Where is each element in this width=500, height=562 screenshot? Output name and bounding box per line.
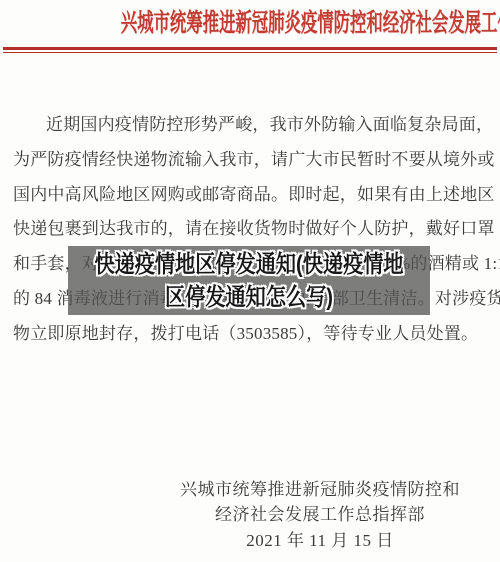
signature-block: 兴城市统筹推进新冠肺炎疫情防控和 经济社会发展工作总指挥部 2021 年 11 …: [140, 477, 500, 553]
signature-date: 2021 年 11 月 15 日: [140, 528, 500, 553]
header-rule-top: [3, 47, 497, 50]
body-line-4: 快递包裹到达我市的，请在接收货物时做好个人防护，戴好口罩: [13, 212, 490, 247]
overlay-title-line-2: 区停发通知怎么写): [149, 281, 349, 314]
header: 兴城市统筹推进新冠肺炎疫情防控和经济社会发展工作总指挥部: [0, 9, 500, 39]
body-line-2: 为严防疫情经快递物流输入我市，请广大市民暂时不要从境外或: [13, 143, 490, 178]
overlay-title-line-1: 快递疫情地区停发通知(快递疫情地: [65, 248, 433, 281]
body-line-3: 国内中高风险地区网购或邮寄商品。即时起，如果有由上述地区: [13, 178, 490, 213]
header-rule-bottom: [3, 52, 497, 54]
notice-body: 近期国内疫情防控形势严峻，我市外防输入面临复杂局面， 为严防疫情经快递物流输入我…: [13, 108, 490, 352]
notice-document: 兴城市统筹推进新冠肺炎疫情防控和经济社会发展工作总指挥部 近期国内疫情防控形势严…: [0, 0, 500, 562]
body-line-7: 物立即原地封存，拨打电话（3503585），等待专业人员处置。: [13, 317, 490, 352]
overlay-title-box: 快递疫情地区停发通知(快递疫情地 区停发通知怎么写): [68, 246, 430, 315]
header-title: 兴城市统筹推进新冠肺炎疫情防控和经济社会发展工作总指挥部: [121, 9, 500, 39]
body-line-1: 近期国内疫情防控形势严峻，我市外防输入面临复杂局面，: [13, 108, 490, 143]
signature-org-line-2: 经济社会发展工作总指挥部: [140, 502, 500, 527]
signature-org-line-1: 兴城市统筹推进新冠肺炎疫情防控和: [140, 477, 500, 502]
